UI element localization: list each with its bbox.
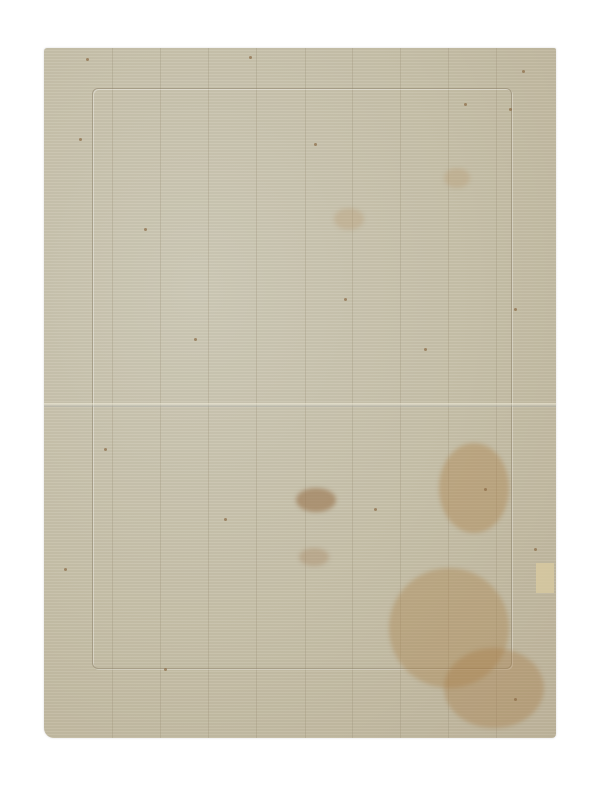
water-stain <box>296 488 336 512</box>
paper-tear-tab <box>536 563 554 593</box>
water-stain <box>299 548 329 566</box>
water-stain <box>444 168 470 188</box>
foxing-stain <box>439 443 509 533</box>
horizontal-fold <box>44 403 556 407</box>
foxing-stain <box>444 648 544 728</box>
aged-paper-sheet <box>44 48 556 738</box>
water-stain <box>334 208 364 230</box>
